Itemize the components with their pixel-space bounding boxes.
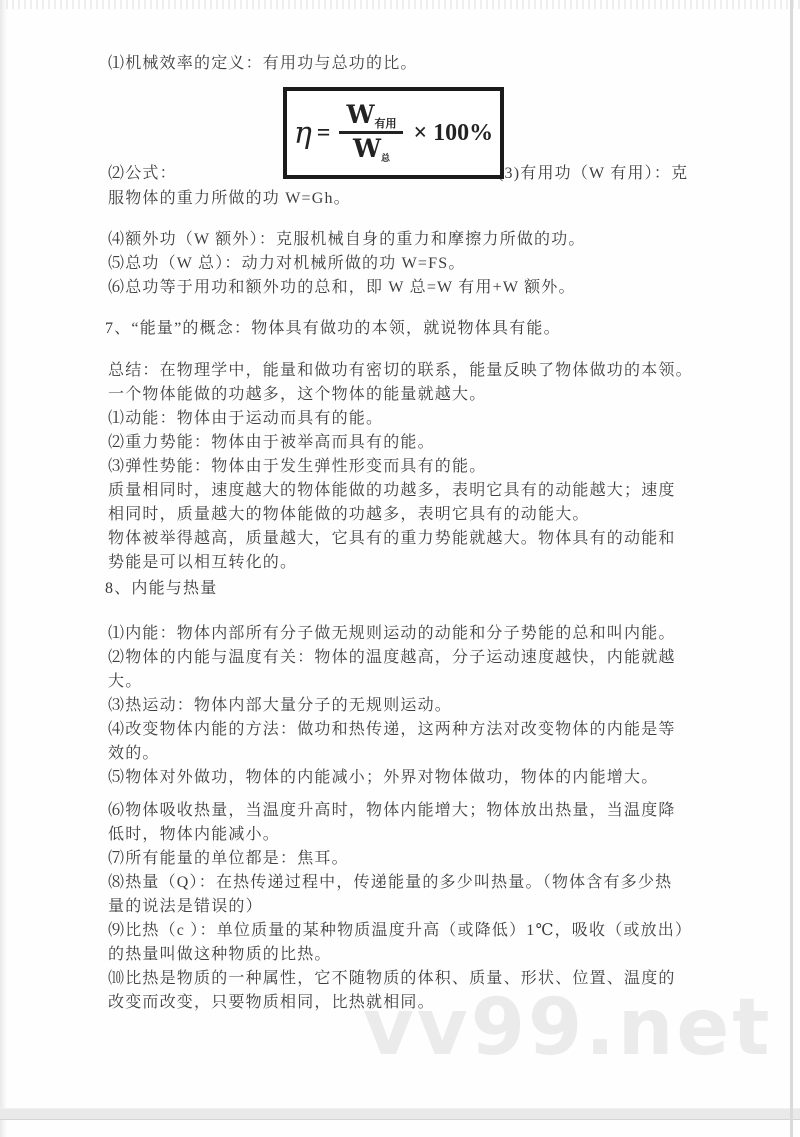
text-line: 一个物体能做的功越多，这个物体的能量就越大。 <box>108 383 693 407</box>
text-line: 相同时，质量越大的物体能做的功越多，表明它具有的动能大。 <box>108 503 693 527</box>
scanned-document-page: vv99.net ⑴机械效率的定义：有用功与总功的比。 η = W有用 W总 ×… <box>0 0 800 1137</box>
text-line: 改变而改变，只要物质相同，比热就相同。 <box>108 991 692 1015</box>
page-top-perforation-texture <box>0 0 800 9</box>
text-line: 低时，物体内能减小。 <box>108 823 692 847</box>
text-line: 的热量叫做这种物质的比热。 <box>108 943 692 967</box>
text-line: ⑶热运动：物体内部大量分子的无规则运动。 <box>108 694 676 718</box>
text-line: 总结：在物理学中，能量和做功有密切的联系，能量反映了物体做功的本领。 <box>108 359 693 383</box>
formula-eta-symbol: η <box>294 116 312 151</box>
section7-body-paragraph: 总结：在物理学中，能量和做功有密切的联系，能量反映了物体做功的本领。一个物体能做… <box>108 359 693 575</box>
formula-label-line: ⑵公式： <box>108 162 177 186</box>
text-line: ⑻热量（Q）：在热传递过程中，传递能量的多少叫热量。（物体含有多少热 <box>108 871 692 895</box>
text-line: ⑵物体的内能与温度有关：物体的温度越高，分子运动速度越快，内能就越 <box>108 646 676 670</box>
work-items-paragraph: ⑷额外功（W 额外）：克服机械自身的重力和摩擦力所做的功。⑸总功（W 总）：动力… <box>108 228 586 300</box>
text-line: ⑺所有能量的单位都是：焦耳。 <box>108 847 692 871</box>
text-line: ⑹总功等于用功和额外功的总和，即 W 总=W 有用+W 额外。 <box>108 276 586 300</box>
formula-denominator: W总 <box>353 136 390 164</box>
text-line: ⑶弹性势能：物体由于发生弹性形变而具有的能。 <box>108 455 693 479</box>
useful-work-line-continuation: 服物体的重力所做的功 W=Gh。 <box>108 187 351 211</box>
text-line: 量的说法是错误的） <box>108 895 692 919</box>
section8-body-paragraph-2: ⑹物体吸收热量，当温度升高时，物体内能增大；物体放出热量，当温度降低时，物体内能… <box>108 799 692 1015</box>
formula-equals-sign: = <box>317 120 331 147</box>
text-line: 大。 <box>108 670 676 694</box>
section8-heading: 8、内能与热量 <box>105 577 217 601</box>
formula-fraction: W有用 W总 <box>339 102 403 165</box>
text-line: ⑷改变物体内能的方法：做功和热传递，这两种方法对改变物体的内能是等 <box>108 718 676 742</box>
page-left-edge-shadow <box>0 0 7 1137</box>
page-right-edge-line <box>790 0 793 1137</box>
text-line: ⑵重力势能：物体由于被举高而具有的能。 <box>108 431 693 455</box>
efficiency-definition-line: ⑴机械效率的定义：有用功与总功的比。 <box>108 52 418 76</box>
formula-numerator: W有用 <box>346 102 396 130</box>
text-line: ⑼比热（c ）：单位质量的某种物质温度升高（或降低）1℃，吸收（或放出） <box>108 919 692 943</box>
useful-work-line-start: (3)有用功（W 有用）：克 <box>498 162 688 186</box>
formula-times-100: × 100% <box>413 120 493 147</box>
efficiency-formula-box: η = W有用 W总 × 100% <box>283 87 504 179</box>
formula-denominator-subscript: 总 <box>381 154 390 164</box>
page-separator-band <box>0 1108 800 1120</box>
text-line: ⑽比热是物质的一种属性，它不随物质的体积、质量、形状、位置、温度的 <box>108 967 692 991</box>
text-line: ⑸物体对外做功，物体的内能减小；外界对物体做功，物体的内能增大。 <box>108 766 676 790</box>
text-line: ⑷额外功（W 额外）：克服机械自身的重力和摩擦力所做的功。 <box>108 228 586 252</box>
text-line: ⑹物体吸收热量，当温度升高时，物体内能增大；物体放出热量，当温度降 <box>108 799 692 823</box>
text-line: 势能是可以相互转化的。 <box>108 551 693 575</box>
text-line: ⑴动能：物体由于运动而具有的能。 <box>108 407 693 431</box>
text-line: 物体被举得越高，质量越大，它具有的重力势能就越大。物体具有的动能和 <box>108 527 693 551</box>
text-line: 效的。 <box>108 742 676 766</box>
text-line: ⑸总功（W 总）：动力对机械所做的功 W=FS。 <box>108 252 586 276</box>
formula-numerator-subscript: 有用 <box>375 117 397 130</box>
section7-heading: 7、“能量”的概念：物体具有做功的本领，就说物体具有能。 <box>105 317 561 341</box>
text-line: 质量相同时，速度越大的物体能做的功越多，表明它具有的动能越大；速度 <box>108 479 693 503</box>
text-line: ⑴内能：物体内部所有分子做无规则运动的动能和分子势能的总和叫内能。 <box>108 622 676 646</box>
section8-body-paragraph-1: ⑴内能：物体内部所有分子做无规则运动的动能和分子势能的总和叫内能。⑵物体的内能与… <box>108 622 676 790</box>
